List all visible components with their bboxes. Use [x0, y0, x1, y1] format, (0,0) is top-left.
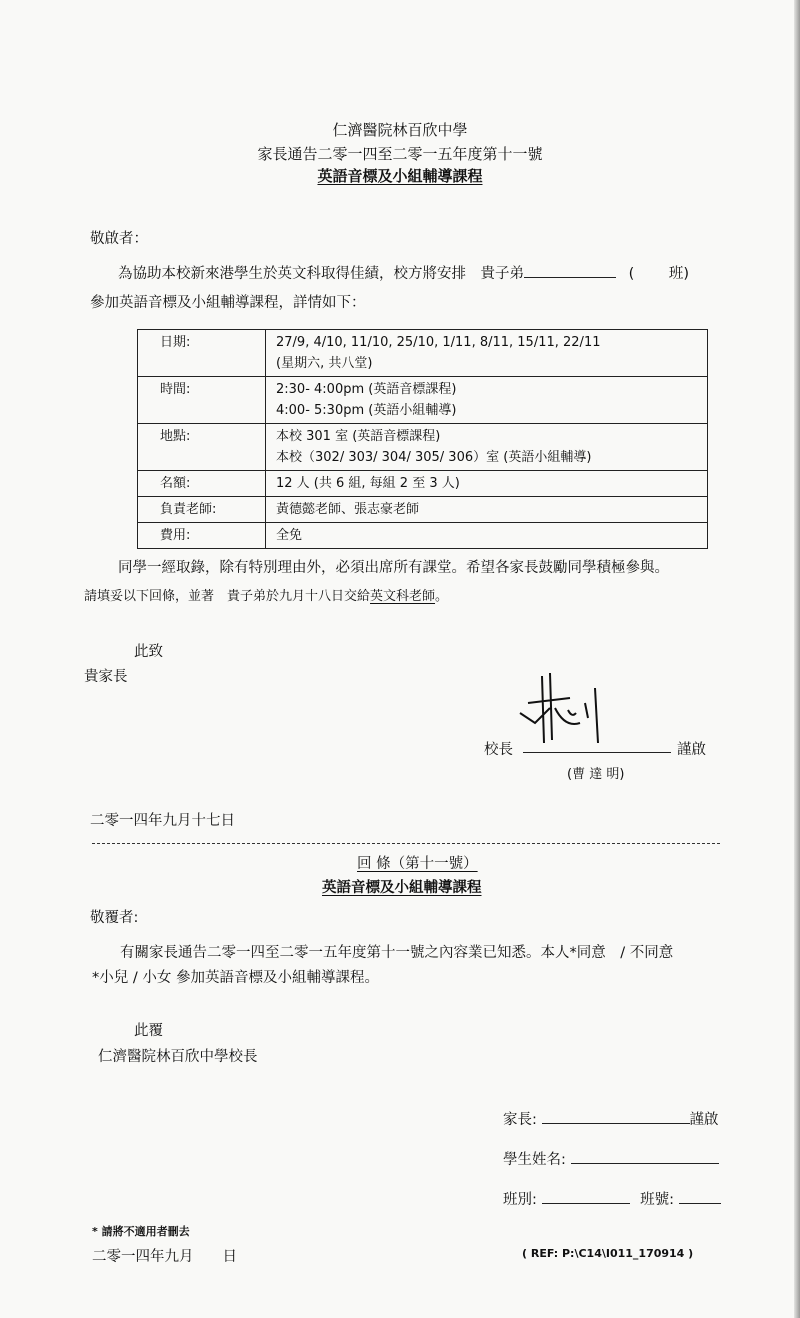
row-label: 費用: [138, 523, 266, 549]
student-name-input[interactable] [571, 1150, 719, 1164]
closing-ci-zhi: 此致 [134, 640, 163, 661]
student-name-blank[interactable] [524, 264, 616, 278]
principal-signature-line [523, 752, 671, 753]
parent-signature-input[interactable] [542, 1110, 690, 1124]
reply-closing-ci-fu: 此覆 [134, 1019, 163, 1040]
row-label: 名額: [138, 471, 266, 497]
notice-date: 二零一四年九月十七日 [90, 809, 235, 830]
row-value-line: 2:30- 4:00pm (英語音標課程) [276, 379, 697, 400]
scan-edge-shadow [794, 0, 800, 1318]
notice-page: 仁濟醫院林百欣中學 家長通告二零一四至二零一五年度第十一號 英語音標及小組輔導課… [0, 0, 800, 1318]
principal-label: 校長 [484, 738, 513, 759]
principal-signature-icon [510, 668, 620, 748]
class-no-input[interactable] [679, 1190, 721, 1204]
footnote: * 請將不適用者刪去 [92, 1223, 190, 1239]
row-value: 本校 301 室 (英語音標課程) 本校（302/ 303/ 304/ 305/… [266, 424, 708, 471]
reference-code: ( REF: P:\C14\I011_170914 ) [522, 1247, 693, 1260]
row-value-line: 27/9, 4/10, 11/10, 25/10, 1/11, 8/11, 15… [276, 332, 697, 353]
reply-salutation: 敬覆者: [90, 906, 138, 927]
row-value-line: 本校 301 室 (英語音標課程) [276, 426, 697, 447]
class-label: 班) [669, 266, 689, 282]
class-input[interactable] [542, 1190, 630, 1204]
student-name-label: 學生姓名: [503, 1152, 566, 1168]
class-open-paren: ( [629, 266, 635, 282]
reply-date: 二零一四年九月 日 [92, 1245, 237, 1266]
student-name-field: 學生姓名: [503, 1148, 719, 1169]
row-label: 日期: [138, 330, 266, 377]
return-instruction: 請填妥以下回條，並著 貴子弟於九月十八日交給英文科老師。 [84, 585, 448, 604]
table-row-fee: 費用: 全免 [138, 523, 708, 549]
row-value-line: 本校（302/ 303/ 304/ 305/ 306）室 (英語小組輔導) [276, 447, 697, 468]
attendance-paragraph: 同學一經取錄，除有特別理由外，必須出席所有課堂。希望各家長鼓勵同學積極參與。 [118, 556, 669, 577]
school-name: 仁濟醫院林百欣中學 [0, 119, 800, 140]
reply-slip-title: 回 條（第十一號） [357, 852, 478, 873]
table-row-location: 地點: 本校 301 室 (英語音標課程) 本校（302/ 303/ 304/ … [138, 424, 708, 471]
row-label: 時間: [138, 377, 266, 424]
row-value-line: 4:00- 5:30pm (英語小組輔導) [276, 400, 697, 421]
reply-body-line1: 有關家長通告二零一四至二零一五年度第十一號之內容業已知悉。本人*同意 / 不同意 [120, 941, 673, 962]
reply-course-title-wrap: 英語音標及小組輔導課程 [322, 876, 482, 897]
class-field: 班別: 班號: [503, 1188, 721, 1209]
return-instruction-text: 請填妥以下回條，並著 貴子弟於九月十八日交給 [84, 589, 370, 604]
reply-slip-title-text: 回 條（第十一號） [357, 856, 478, 872]
row-label: 負責老師: [138, 497, 266, 523]
course-title-wrap: 英語音標及小組輔導課程 [0, 165, 800, 186]
reply-course-title: 英語音標及小組輔導課程 [322, 880, 482, 896]
reply-closing-principal: 仁濟醫院林百欣中學校長 [98, 1045, 258, 1066]
closing-parents: 貴家長 [84, 665, 128, 686]
class-no-label: 班號: [640, 1192, 674, 1208]
intro-paragraph-line1: 為協助本校新來港學生於英文科取得佳績，校方將安排 貴子弟 ( 班) [118, 262, 689, 283]
english-teacher-underlined: 英文科老師 [370, 589, 435, 604]
row-value: 27/9, 4/10, 11/10, 25/10, 1/11, 8/11, 15… [266, 330, 708, 377]
parent-sign-off: 謹啟 [690, 1112, 719, 1128]
table-row-date: 日期: 27/9, 4/10, 11/10, 25/10, 1/11, 8/11… [138, 330, 708, 377]
row-value: 黃德懿老師、張志豪老師 [266, 497, 708, 523]
row-value: 2:30- 4:00pm (英語音標課程) 4:00- 5:30pm (英語小組… [266, 377, 708, 424]
salutation: 敬啟者： [90, 227, 148, 248]
row-value-line: (星期六, 共八堂) [276, 353, 697, 374]
row-value: 12 人 (共 6 組, 每組 2 至 3 人) [266, 471, 708, 497]
parent-field: 家長: 謹啟 [503, 1108, 719, 1129]
table-row-time: 時間: 2:30- 4:00pm (英語音標課程) 4:00- 5:30pm (… [138, 377, 708, 424]
reply-body-line2: *小兒 / 小女 參加英語音標及小組輔導課程。 [92, 966, 379, 987]
parent-label: 家長: [503, 1112, 537, 1128]
details-table: 日期: 27/9, 4/10, 11/10, 25/10, 1/11, 8/11… [137, 329, 708, 549]
return-instruction-end: 。 [435, 589, 448, 604]
table-row-quota: 名額: 12 人 (共 6 組, 每組 2 至 3 人) [138, 471, 708, 497]
row-value: 全免 [266, 523, 708, 549]
row-label: 地點: [138, 424, 266, 471]
tear-off-dashed-line [92, 843, 720, 844]
notice-title: 家長通告二零一四至二零一五年度第十一號 [0, 143, 800, 164]
class-label: 班別: [503, 1192, 537, 1208]
table-row-teachers: 負責老師: 黃德懿老師、張志豪老師 [138, 497, 708, 523]
intro-text: 為協助本校新來港學生於英文科取得佳績，校方將安排 貴子弟 [118, 266, 524, 282]
principal-name: (曹 達 明) [567, 763, 624, 782]
course-title: 英語音標及小組輔導課程 [317, 167, 482, 185]
principal-sign-off: 謹啟 [677, 738, 706, 759]
intro-paragraph-line2: 參加英語音標及小組輔導課程，詳情如下： [90, 291, 366, 312]
